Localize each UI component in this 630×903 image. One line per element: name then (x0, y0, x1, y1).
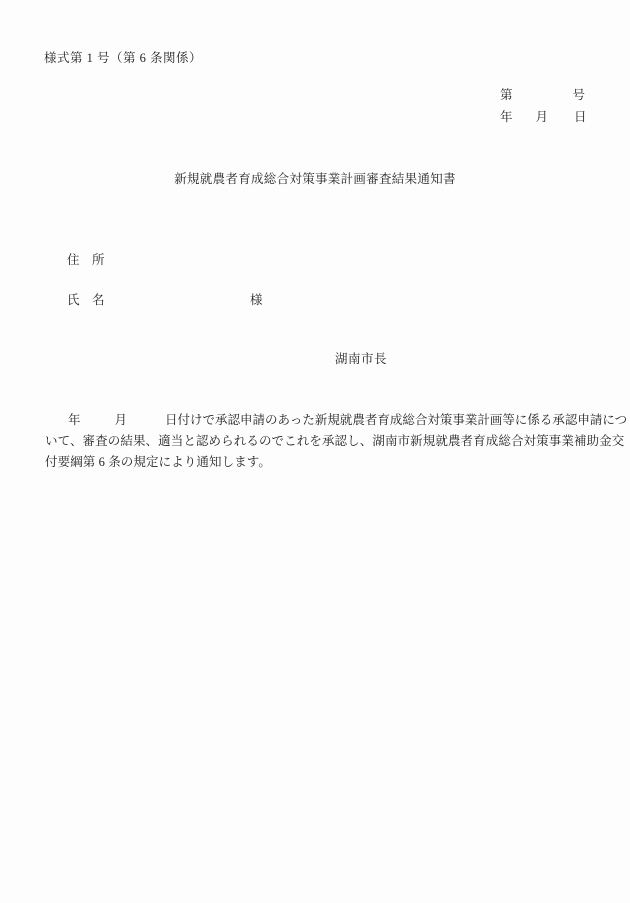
document-page: 様式第 1 号（第 6 条関係） 第号 年月日 新規就農者育成総合対策事業計画審… (0, 0, 630, 903)
doc-number-prefix: 第 (500, 88, 513, 102)
document-number-line: 第号 (500, 88, 585, 103)
recipient-name-label: 氏 名 (67, 293, 105, 308)
issuer-name: 湖南市長 (335, 352, 387, 367)
recipient-honorific: 様 (250, 293, 263, 308)
date-month-label: 月 (536, 110, 549, 124)
form-number-label: 様式第 1 号（第 6 条関係） (44, 51, 202, 66)
doc-number-blank-field (513, 98, 573, 99)
document-title: 新規就農者育成総合対策事業計画審査結果通知書 (0, 172, 630, 187)
body-paragraph-line-3: 付要綱第 6 条の規定により通知します。 (45, 455, 271, 470)
date-day-label: 日 (574, 110, 587, 124)
body-year-blank-label: 年 (68, 413, 81, 427)
date-line: 年月日 (500, 110, 587, 125)
recipient-address-label: 住 所 (67, 253, 105, 268)
body-paragraph-line-2: いて、審査の結果、適当と認められるのでこれを承認し、湖南市新規就農者育成総合対策… (45, 434, 624, 449)
body-month-blank-label: 月 (115, 413, 128, 427)
body-paragraph-line-1: 年月日付けで承認申請のあった新規就農者育成総合対策事業計画等に係る承認申請につ (45, 413, 627, 428)
doc-number-suffix: 号 (573, 88, 586, 102)
body-line1-text: 日付けで承認申請のあった新規就農者育成総合対策事業計画等に係る承認申請につ (165, 413, 627, 427)
date-year-label: 年 (500, 110, 513, 124)
